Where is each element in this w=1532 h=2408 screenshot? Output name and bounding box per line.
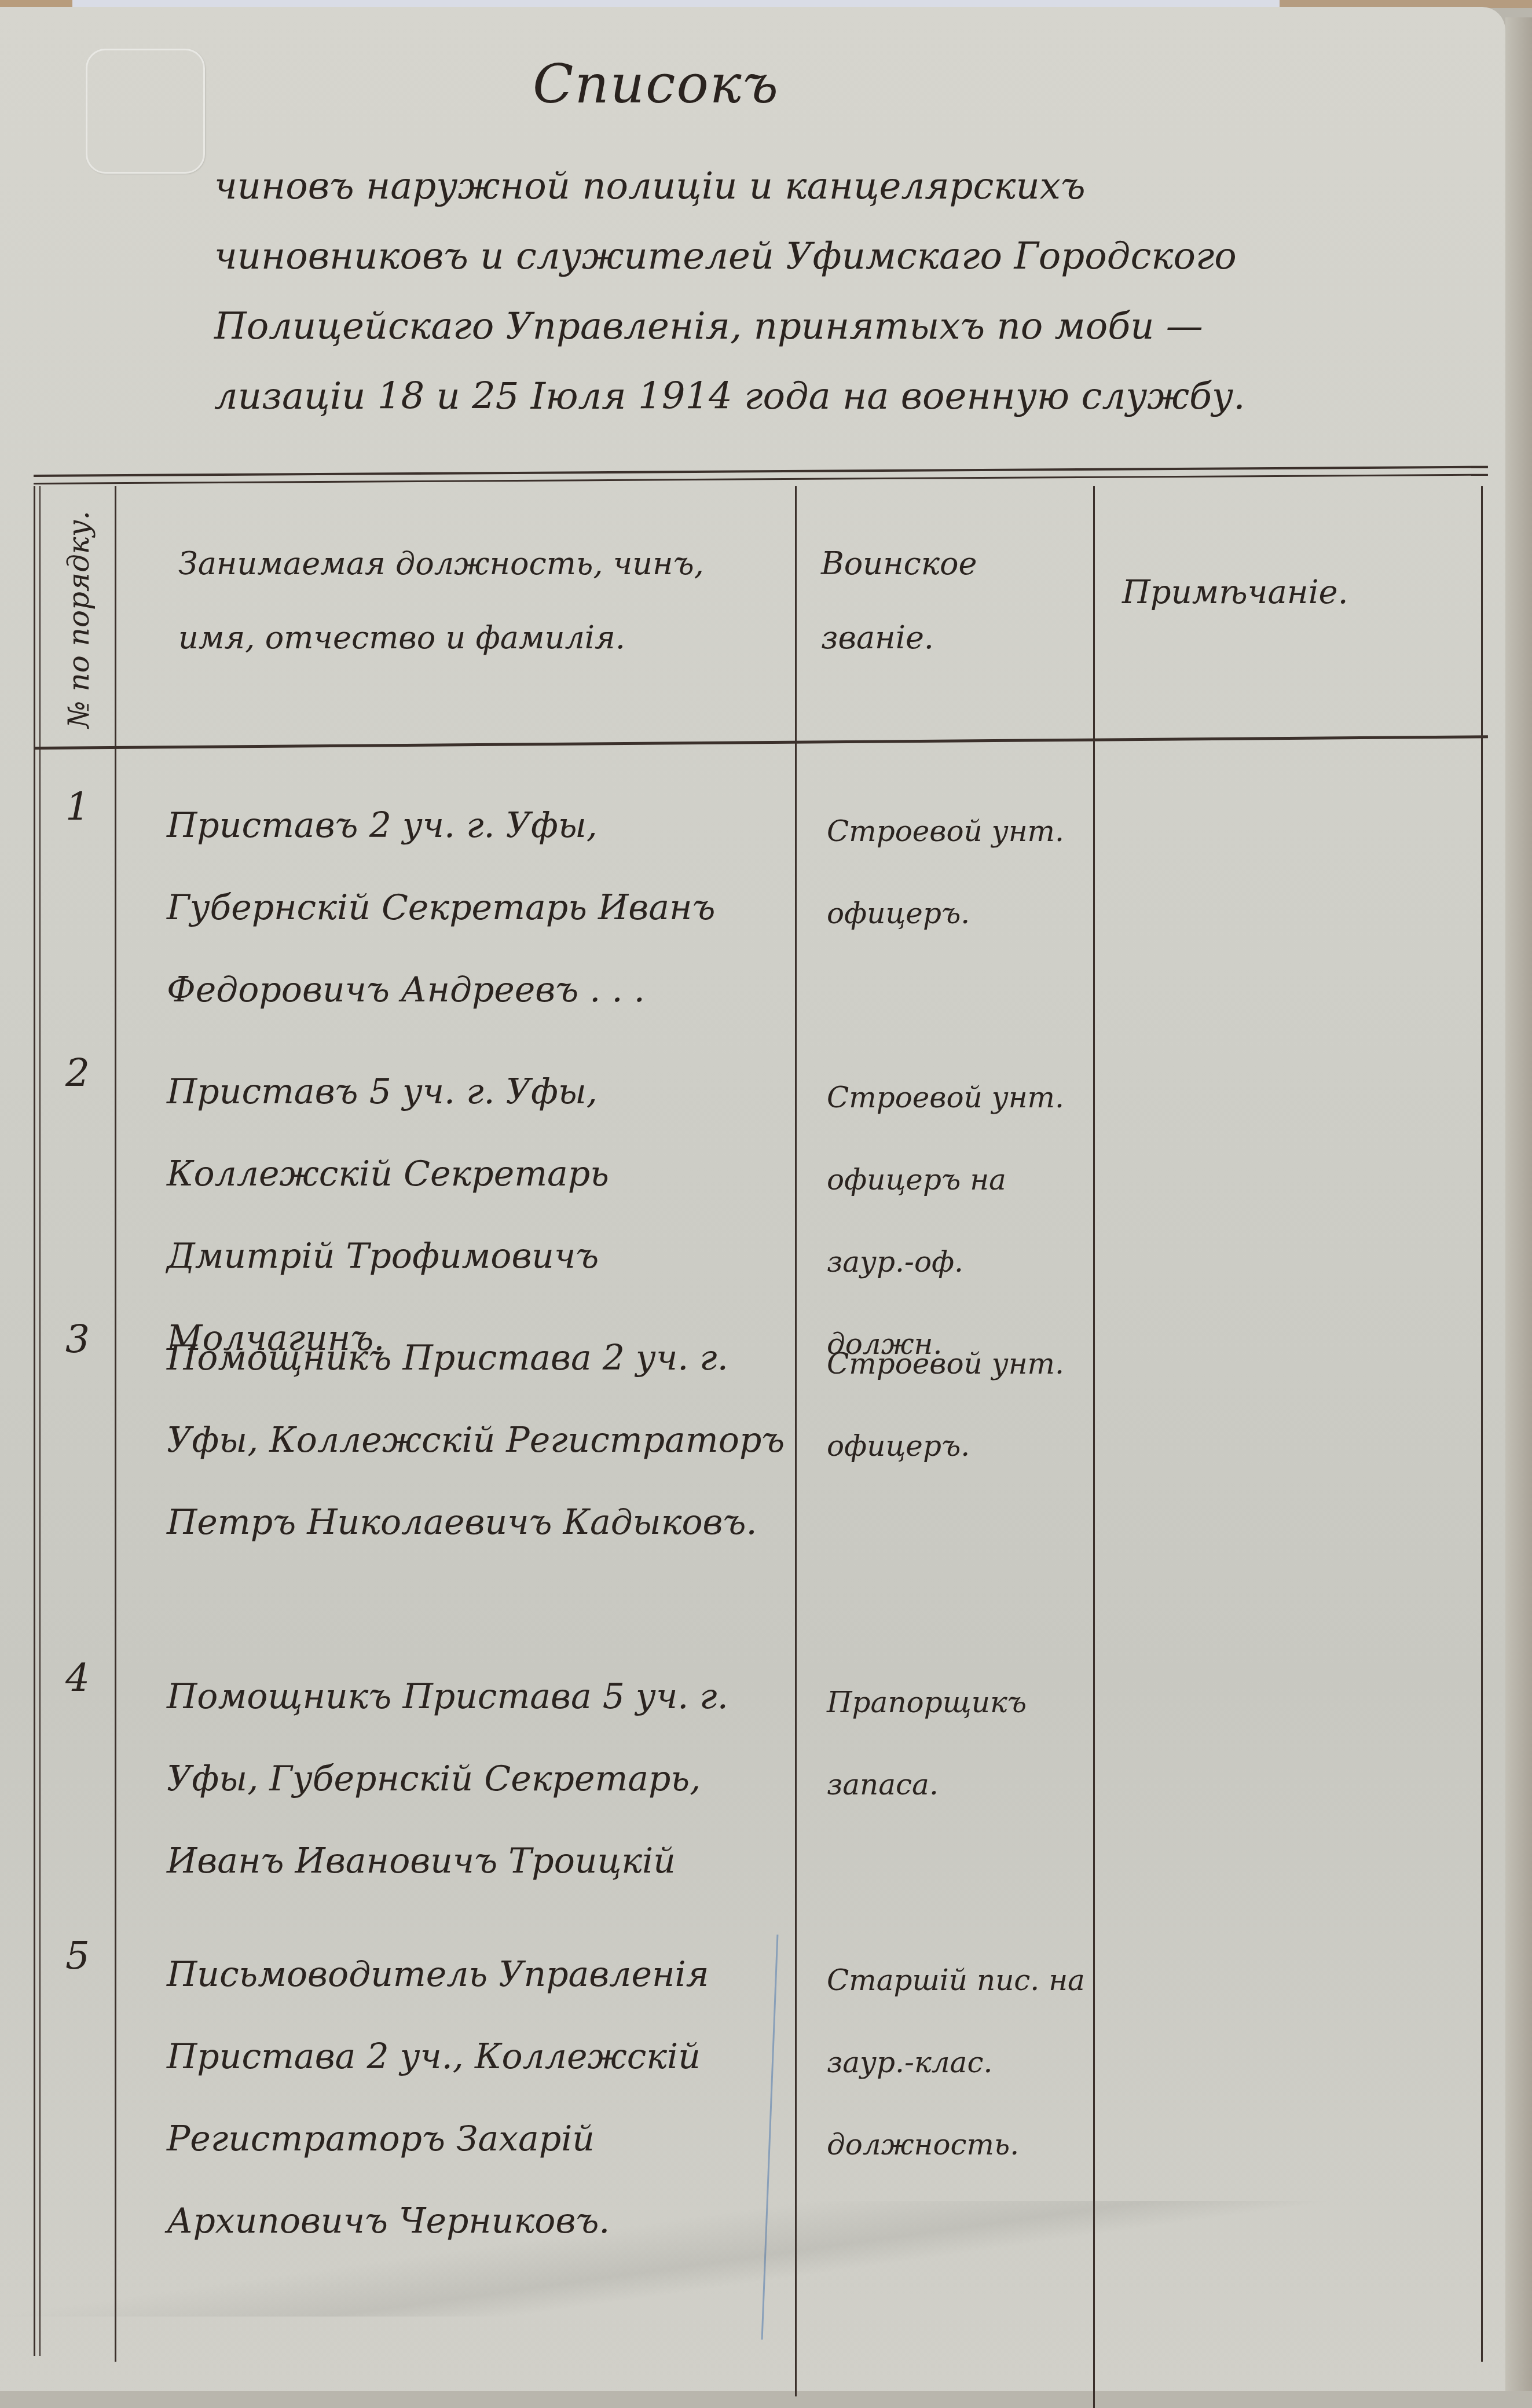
embossed-stamp-icon bbox=[86, 49, 205, 174]
row-number: 3 bbox=[65, 1317, 90, 1361]
row-position: Помощникъ Пристава 5 уч. г. Уфы, Губернс… bbox=[167, 1656, 786, 1902]
personnel-table: № по порядку. Занимаемая должность, чинъ… bbox=[34, 475, 1488, 2359]
row-military-rank: Строевой унт. офицеръ. bbox=[827, 790, 1087, 955]
column-rule bbox=[1093, 486, 1095, 2391]
header-number-label: № по порядку. bbox=[62, 511, 96, 728]
column-rule bbox=[1481, 486, 1483, 2362]
row-number: 1 bbox=[65, 784, 90, 829]
row-military-rank: Прапорщикъ запаса. bbox=[827, 1661, 1087, 1826]
page-edge bbox=[1505, 17, 1532, 2391]
document-title: Списокъ bbox=[533, 53, 779, 115]
header-divider bbox=[34, 735, 1488, 750]
column-rule bbox=[39, 486, 41, 2356]
row-number: 4 bbox=[65, 1656, 90, 1700]
header-number: № по порядку. bbox=[50, 498, 108, 741]
row-number: 2 bbox=[65, 1051, 90, 1095]
archival-page: Списокъ чиновъ наружной полиціи и канцел… bbox=[0, 7, 1505, 2391]
document-subtitle: чиновъ наружной полиціи и канцелярскихъ … bbox=[214, 152, 1476, 432]
column-rule bbox=[34, 486, 35, 2356]
header-military-rank: Воинское званіе. bbox=[821, 527, 1076, 675]
column-rule bbox=[795, 486, 797, 2391]
column-rule bbox=[115, 486, 116, 2362]
header-position: Занимаемая должность, чинъ, имя, отчеств… bbox=[178, 527, 786, 675]
header-note: Примѣчаніе. bbox=[1122, 556, 1469, 630]
row-military-rank: Строевой унт. офицеръ. bbox=[827, 1323, 1087, 1487]
row-military-rank: Старшій пис. на заур.-клас. должность. bbox=[827, 1939, 1087, 2186]
subtitle-line: Полицейскаго Управленія, принятыхъ по мо… bbox=[214, 292, 1476, 362]
row-position: Помощникъ Пристава 2 уч. г. Уфы, Коллежс… bbox=[167, 1317, 786, 1563]
row-number: 5 bbox=[65, 1933, 90, 1978]
subtitle-line: чиновниковъ и служителей Уфимскаго Город… bbox=[214, 222, 1476, 292]
row-position: Письмоводитель Управленія Пристава 2 уч.… bbox=[167, 1933, 786, 2262]
subtitle-line: лизаціи 18 и 25 Іюля 1914 года на военну… bbox=[214, 362, 1476, 432]
row-position: Приставъ 2 уч. г. Уфы, Губернскій Секрет… bbox=[167, 784, 786, 1031]
subtitle-line: чиновъ наружной полиціи и канцелярскихъ bbox=[214, 152, 1476, 222]
